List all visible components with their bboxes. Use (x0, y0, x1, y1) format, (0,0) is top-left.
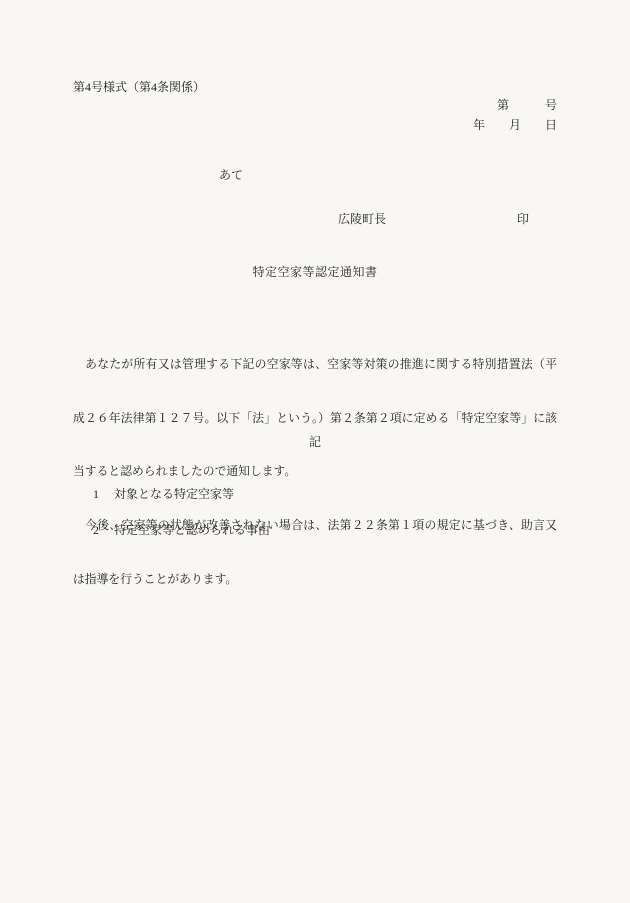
addressee-line: あて (207, 151, 243, 199)
item-text: 特定空家等と認められる事由 (114, 523, 270, 537)
body-line: は指導を行うことがあります。 (73, 569, 557, 591)
sender-line: 広陵町長 印 (73, 211, 557, 227)
document-number-line: 第 号 (73, 97, 557, 113)
form-number: 第4号様式（第4条関係） (73, 79, 557, 95)
item-number: 2 (93, 522, 114, 538)
record-marker: 記 (73, 434, 557, 450)
addressee-suffix: あて (219, 168, 243, 182)
body-line: あなたが所有又は管理する下記の空家等は、空家等対策の推進に関する特別措置法（平 (73, 354, 557, 376)
list-item: 2特定空家等と認められる事由 (73, 506, 565, 554)
item-number: 1 (93, 486, 114, 502)
sender-title: 広陵町長 (338, 211, 386, 227)
document-page: 第4号様式（第4条関係） 第 号 年 月 日 あて 広陵町長 印 特定空家等認定… (0, 0, 630, 903)
date-line: 年 月 日 (73, 117, 557, 133)
body-line: 成２６年法律第１２７号。以下「法」という。）第２条第２項に定める「特定空家等」に… (73, 408, 557, 430)
item-text: 対象となる特定空家等 (114, 487, 234, 501)
document-title: 特定空家等認定通知書 (73, 264, 557, 280)
seal-mark: 印 (517, 211, 529, 227)
